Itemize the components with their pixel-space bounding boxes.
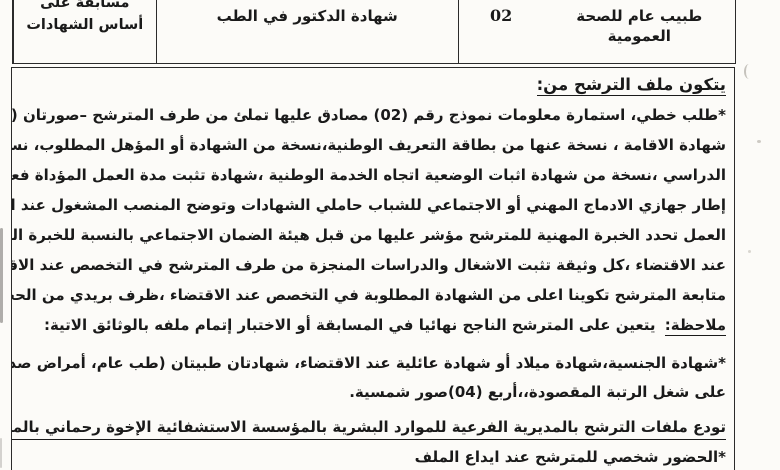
- dossier-heading-text: يتكون ملف الترشح من:: [537, 75, 726, 96]
- scan-speck: [757, 140, 761, 143]
- note-line: ملاحظة: يتعين على المترشح الناجح نهائيا …: [22, 310, 726, 340]
- final-file-line: على شغل الرتبة المقصودة،،أربع (04)صور شم…: [22, 378, 726, 406]
- dossier-heading: يتكون ملف الترشح من:: [22, 70, 726, 100]
- required-certificate-text: شهادة الدكتور في الطب: [217, 6, 398, 26]
- note-text: يتعين على المترشح الناجح نهائيا في المسا…: [44, 316, 656, 334]
- table-cell-recruitment-mode: مسابقة على أساس الشهادات: [13, 0, 156, 63]
- paragraph-line: شهادة الاقامة ، نسخة عنها من بطاقة التعر…: [22, 130, 726, 160]
- note-label: ملاحظة:: [665, 316, 726, 336]
- paragraph-line: متابعة المترشح تكوينا اعلى من الشهادة ال…: [22, 280, 726, 310]
- paragraph-line: إطار جهازي الادماج المهني أو الاجتماعي ل…: [22, 190, 726, 220]
- paragraph-line: الدراسي ،نسخة من شهادة اثبات الوضعية اتج…: [22, 160, 726, 190]
- table-cell-positions-count: 02: [458, 0, 544, 63]
- presence-notice-line: *الحضور شخصي للمترشح عند ايداع الملف: [22, 442, 726, 470]
- scan-smudge: [744, 64, 754, 79]
- recruitment-mode-text: مسابقة على أساس الشهادات: [14, 0, 156, 36]
- paragraph-line: *طلب خطي، استمارة معلومات نموذج رقم (02)…: [22, 100, 726, 130]
- scan-edge-streak: [0, 228, 3, 323]
- positions-count-text: 02: [490, 6, 512, 26]
- scanned-recruitment-document: طبيب عام للصحة العمومية 02 شهادة الدكتور…: [0, 0, 780, 470]
- application-file-box: يتكون ملف الترشح من: *طلب خطي، استمارة م…: [11, 67, 735, 470]
- table-cell-required-certificate: شهادة الدكتور في الطب: [156, 0, 458, 63]
- scan-speck: [748, 250, 751, 253]
- position-title-text: طبيب عام للصحة العمومية: [544, 6, 735, 46]
- table-cell-position-title: طبيب عام للصحة العمومية: [544, 0, 735, 63]
- paragraph-line: عند الاقتضاء ،كل وثيقة تثبت الاشغال والد…: [22, 250, 726, 280]
- scan-edge-streak: [0, 438, 2, 468]
- paragraph-line: العمل تحدد الخبرة المهنية للمترشح مؤشر ع…: [22, 220, 726, 250]
- deposit-notice-line: تودع ملفات الترشح بالمديرية الفرعية للمو…: [22, 412, 726, 442]
- vacancy-table-row: طبيب عام للصحة العمومية 02 شهادة الدكتور…: [12, 0, 736, 64]
- final-file-line: *شهادة الجنسية،شهادة ميلاد أو شهادة عائل…: [22, 348, 726, 378]
- deposit-notice-text: تودع ملفات الترشح بالمديرية الفرعية للمو…: [11, 418, 726, 440]
